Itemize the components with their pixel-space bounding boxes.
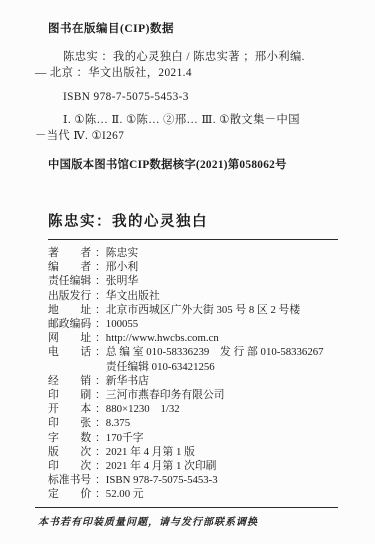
colophon-row: 出版发行：华文出版社	[48, 289, 338, 303]
colophon-value: 三河市燕春印务有限公司	[106, 388, 225, 402]
colophon-value: http://www.hwcbs.com.cn	[106, 331, 219, 345]
colophon-value-line: 北京市西城区广外大街 305 号 8 区 2 号楼	[106, 303, 300, 317]
colophon-value: 52.00 元	[106, 487, 144, 501]
colophon-value: ISBN 978-7-5075-5453-3	[106, 473, 218, 487]
colophon-label: 邮政编码	[48, 317, 95, 331]
colophon-label: 字 数	[48, 431, 95, 445]
colophon-row: 定 价：52.00 元	[48, 487, 338, 501]
colophon-value-line: 总 编 室 010-58336239 发 行 部 010-58336267	[106, 345, 324, 359]
colophon-separator: ：	[95, 416, 106, 430]
colophon-separator: ：	[95, 487, 106, 501]
colophon-value-line: 2021 年 4 月第 1 版	[106, 445, 195, 459]
cip-heading: 图书在版编目(CIP)数据	[48, 20, 338, 36]
colophon-separator: ：	[95, 317, 106, 331]
colophon-row: 印 张：8.375	[48, 416, 338, 430]
colophon-value-line: 新华书店	[106, 374, 149, 388]
book-title: 陈忠实：我的心灵独白	[48, 210, 338, 231]
colophon-separator: ：	[95, 402, 106, 416]
colophon-row: 网 址：http://www.hwcbs.com.cn	[48, 331, 338, 345]
colophon-separator: ：	[95, 388, 106, 402]
cip-description: 陈忠实 ：我的心灵独白 / 陈忠实著 ；邢小利编. — 北京 ：华文出版社，20…	[35, 49, 338, 81]
colophon-value-line: 170千字	[106, 431, 144, 445]
colophon-row: 印 刷：三河市燕春印务有限公司	[48, 388, 338, 402]
footer-divider	[35, 507, 338, 508]
colophon-row: 邮政编码：100055	[48, 317, 338, 331]
colophon-value-line: 邢小利	[106, 260, 138, 274]
colophon-value-line: 陈忠实	[106, 246, 138, 260]
colophon-label: 经 销	[48, 374, 95, 388]
colophon-separator: ：	[95, 289, 106, 303]
colophon-row: 开 本：880×1230 1/32	[48, 402, 338, 416]
title-divider	[48, 239, 338, 240]
colophon-value-line: 100055	[106, 317, 138, 331]
colophon-value: 8.375	[106, 416, 130, 430]
colophon-label: 印 次	[48, 459, 95, 473]
colophon-label: 标准书号	[48, 473, 95, 487]
colophon-row: 编 者：邢小利	[48, 260, 338, 274]
colophon-label: 开 本	[48, 402, 95, 416]
colophon-separator: ：	[95, 331, 106, 345]
colophon-label: 编 者	[48, 260, 95, 274]
colophon-separator: ：	[95, 374, 106, 388]
colophon-value-line: 责任编辑 010-63421256	[106, 360, 324, 374]
colophon-value: 张明华	[106, 274, 138, 288]
colophon-value: 2021 年 4 月第 1 版	[106, 445, 195, 459]
colophon-row: 字 数：170千字	[48, 431, 338, 445]
colophon-value: 2021 年 4 月第 1 次印刷	[106, 459, 217, 473]
colophon-value-line: 张明华	[106, 274, 138, 288]
colophon-label: 著 者	[48, 246, 95, 260]
colophon-value: 北京市西城区广外大街 305 号 8 区 2 号楼	[106, 303, 300, 317]
colophon-row: 电 话：总 编 室 010-58336239 发 行 部 010-5833626…	[48, 345, 338, 373]
copyright-page: 图书在版编目(CIP)数据 陈忠实 ：我的心灵独白 / 陈忠实著 ；邢小利编. …	[0, 0, 375, 544]
colophon-row: 标准书号：ISBN 978-7-5075-5453-3	[48, 473, 338, 487]
colophon-label: 电 话	[48, 345, 95, 373]
colophon-label: 印 张	[48, 416, 95, 430]
colophon-label: 出版发行	[48, 289, 95, 303]
colophon-row: 责任编辑：张明华	[48, 274, 338, 288]
colophon-row: 印 次：2021 年 4 月第 1 次印刷	[48, 459, 338, 473]
colophon-value-line: http://www.hwcbs.com.cn	[106, 331, 219, 345]
colophon-label: 网 址	[48, 331, 95, 345]
colophon-value: 邢小利	[106, 260, 138, 274]
colophon-list: 著 者：陈忠实编 者：邢小利责任编辑：张明华出版发行：华文出版社地 址：北京市西…	[48, 246, 338, 502]
colophon-separator: ：	[95, 246, 106, 260]
colophon-value: 880×1230 1/32	[106, 402, 180, 416]
cip-record-number: 中国版本图书馆CIP数据核字(2021)第058062号	[48, 156, 338, 172]
colophon-row: 地 址：北京市西城区广外大街 305 号 8 区 2 号楼	[48, 303, 338, 317]
cip-classification: Ⅰ. ①陈… Ⅱ. ①陈… ②邢… Ⅲ. ①散文集－中国 －当代 Ⅳ. ①I26…	[35, 113, 338, 144]
colophon-label: 版 次	[48, 445, 95, 459]
colophon-label: 印 刷	[48, 388, 95, 402]
colophon-separator: ：	[95, 473, 106, 487]
cip-description-line1: 陈忠实 ：我的心灵独白 / 陈忠实著 ；邢小利编.	[35, 49, 338, 65]
colophon-separator: ：	[95, 303, 106, 317]
colophon-separator: ：	[95, 459, 106, 473]
colophon-value: 陈忠实	[106, 246, 138, 260]
colophon-row: 版 次：2021 年 4 月第 1 版	[48, 445, 338, 459]
colophon-separator: ：	[95, 274, 106, 288]
colophon-row: 著 者：陈忠实	[48, 246, 338, 260]
colophon-value-line: 880×1230 1/32	[106, 402, 180, 416]
colophon-label: 责任编辑	[48, 274, 95, 288]
colophon-value-line: 华文出版社	[106, 289, 160, 303]
colophon-label: 地 址	[48, 303, 95, 317]
colophon-value: 总 编 室 010-58336239 发 行 部 010-58336267责任编…	[106, 345, 324, 373]
colophon-separator: ：	[95, 445, 106, 459]
colophon-separator: ：	[95, 260, 106, 274]
colophon-value-line: ISBN 978-7-5075-5453-3	[106, 473, 218, 487]
colophon-value: 华文出版社	[106, 289, 160, 303]
colophon-value-line: 三河市燕春印务有限公司	[106, 388, 225, 402]
colophon-value: 100055	[106, 317, 138, 331]
cip-isbn: ISBN 978-7-5075-5453-3	[35, 91, 338, 103]
colophon-value: 新华书店	[106, 374, 149, 388]
cip-description-line2: — 北京 ：华文出版社，2021.4	[35, 65, 338, 81]
colophon-separator: ：	[95, 345, 106, 373]
cip-classification-line1: Ⅰ. ①陈… Ⅱ. ①陈… ②邢… Ⅲ. ①散文集－中国	[35, 113, 338, 129]
colophon-label: 定 价	[48, 487, 95, 501]
colophon-value-line: 8.375	[106, 416, 130, 430]
colophon-value: 170千字	[106, 431, 144, 445]
colophon-separator: ：	[95, 431, 106, 445]
colophon-value-line: 52.00 元	[106, 487, 144, 501]
colophon-row: 经 销：新华书店	[48, 374, 338, 388]
cip-classification-line2: －当代 Ⅳ. ①I267	[35, 129, 338, 145]
footer-note: 本书若有印装质量问题，请与发行部联系调换	[38, 513, 338, 528]
colophon-value-line: 2021 年 4 月第 1 次印刷	[106, 459, 217, 473]
